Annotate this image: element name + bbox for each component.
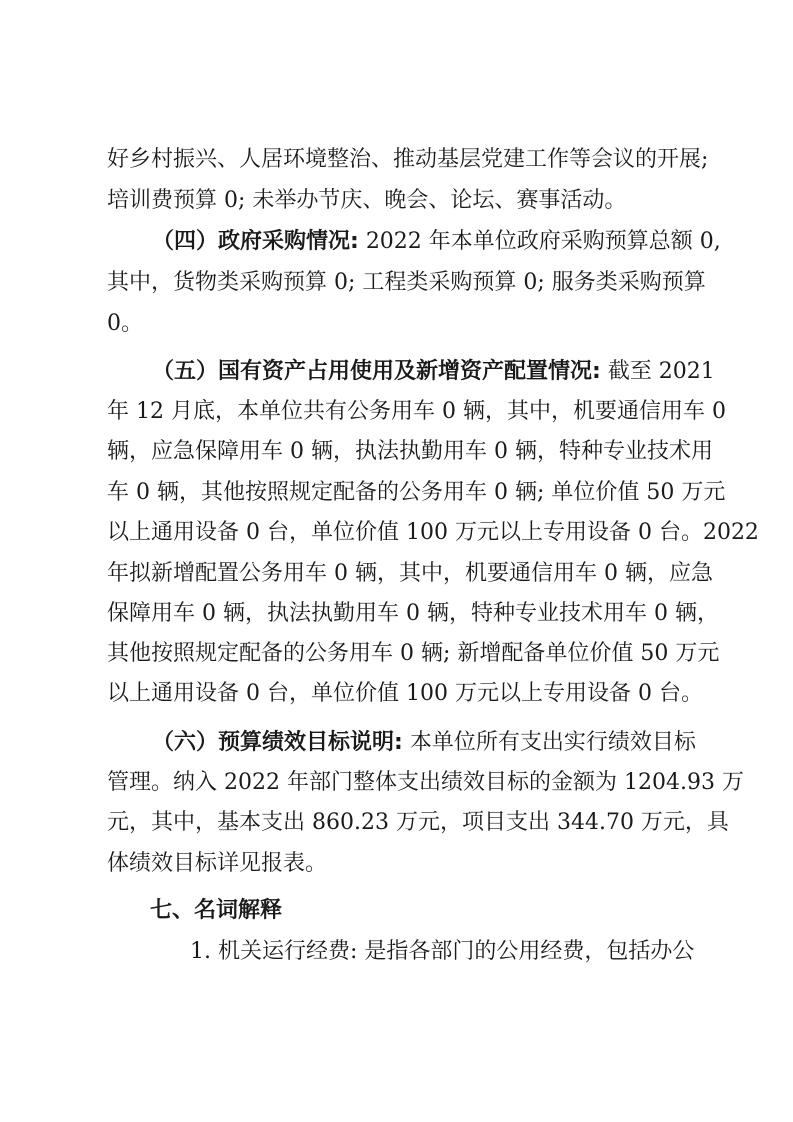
paragraph-line: 其中，货物类采购预算 0; 工程类采购预算 0; 服务类采购预算	[107, 268, 686, 298]
section-6-title: （六）预算绩效目标说明:	[152, 730, 403, 755]
paragraph-line: 0。	[107, 309, 686, 339]
section-6-first-line: （六）预算绩效目标说明: 本单位所有支出实行绩效目标	[152, 728, 686, 758]
section-5-text: 截至 2021	[608, 359, 715, 384]
paragraph-line: 保障用车 0 辆，执法执勤用车 0 辆，特种专业技术用车 0 辆，	[107, 599, 686, 629]
paragraph-line: 元，其中，基本支出 860.23 万元，项目支出 344.70 万元，具	[107, 808, 686, 838]
paragraph-line: 年拟新增配置公务用车 0 辆，其中，机要通信用车 0 辆，应急	[107, 559, 686, 589]
section-5-title: （五）国有资产占用使用及新增资产配置情况:	[152, 359, 601, 384]
paragraph-line: 辆，应急保障用车 0 辆，执法执勤用车 0 辆，特种专业技术用	[107, 437, 686, 467]
chapter-7-heading: 七、名词解释	[150, 895, 282, 927]
paragraph-line: 体绩效目标详见报表。	[107, 849, 686, 879]
document-page: 好乡村振兴、人居环境整治、推动基层党建工作等会议的开展; 培训费预算 0; 未举…	[0, 0, 793, 1122]
definition-text: 机关运行经费: 是指各部门的公用经费，包括办公	[218, 939, 694, 964]
paragraph-line: 车 0 辆，其他按照规定配备的公务用车 0 辆; 单位价值 50 万元	[107, 478, 686, 508]
definition-item: 1. 机关运行经费: 是指各部门的公用经费，包括办公	[190, 937, 686, 967]
section-4-text: 2022 年本单位政府采购预算总额 0,	[366, 229, 721, 254]
paragraph-line: 管理。纳入 2022 年部门整体支出绩效目标的金额为 1204.93 万	[107, 768, 686, 798]
section-5-first-line: （五）国有资产占用使用及新增资产配置情况: 截至 2021	[152, 357, 686, 387]
paragraph-line: 年 12 月底，本单位共有公务用车 0 辆，其中，机要通信用车 0	[107, 397, 686, 427]
paragraph-line: 好乡村振兴、人居环境整治、推动基层党建工作等会议的开展;	[107, 145, 686, 175]
paragraph-line: 培训费预算 0; 未举办节庆、晚会、论坛、赛事活动。	[107, 186, 686, 216]
section-4-first-line: （四）政府采购情况: 2022 年本单位政府采购预算总额 0,	[152, 227, 686, 257]
paragraph-line: 其他按照规定配备的公务用车 0 辆; 新增配备单位价值 50 万元	[107, 639, 686, 669]
paragraph-line: 以上通用设备 0 台，单位价值 100 万元以上专用设备 0 台。2022	[107, 518, 686, 548]
paragraph-line: 以上通用设备 0 台，单位价值 100 万元以上专用设备 0 台。	[107, 679, 686, 709]
definition-number: 1.	[190, 939, 211, 964]
section-6-text: 本单位所有支出实行绩效目标	[410, 730, 696, 755]
section-4-title: （四）政府采购情况:	[152, 229, 359, 254]
